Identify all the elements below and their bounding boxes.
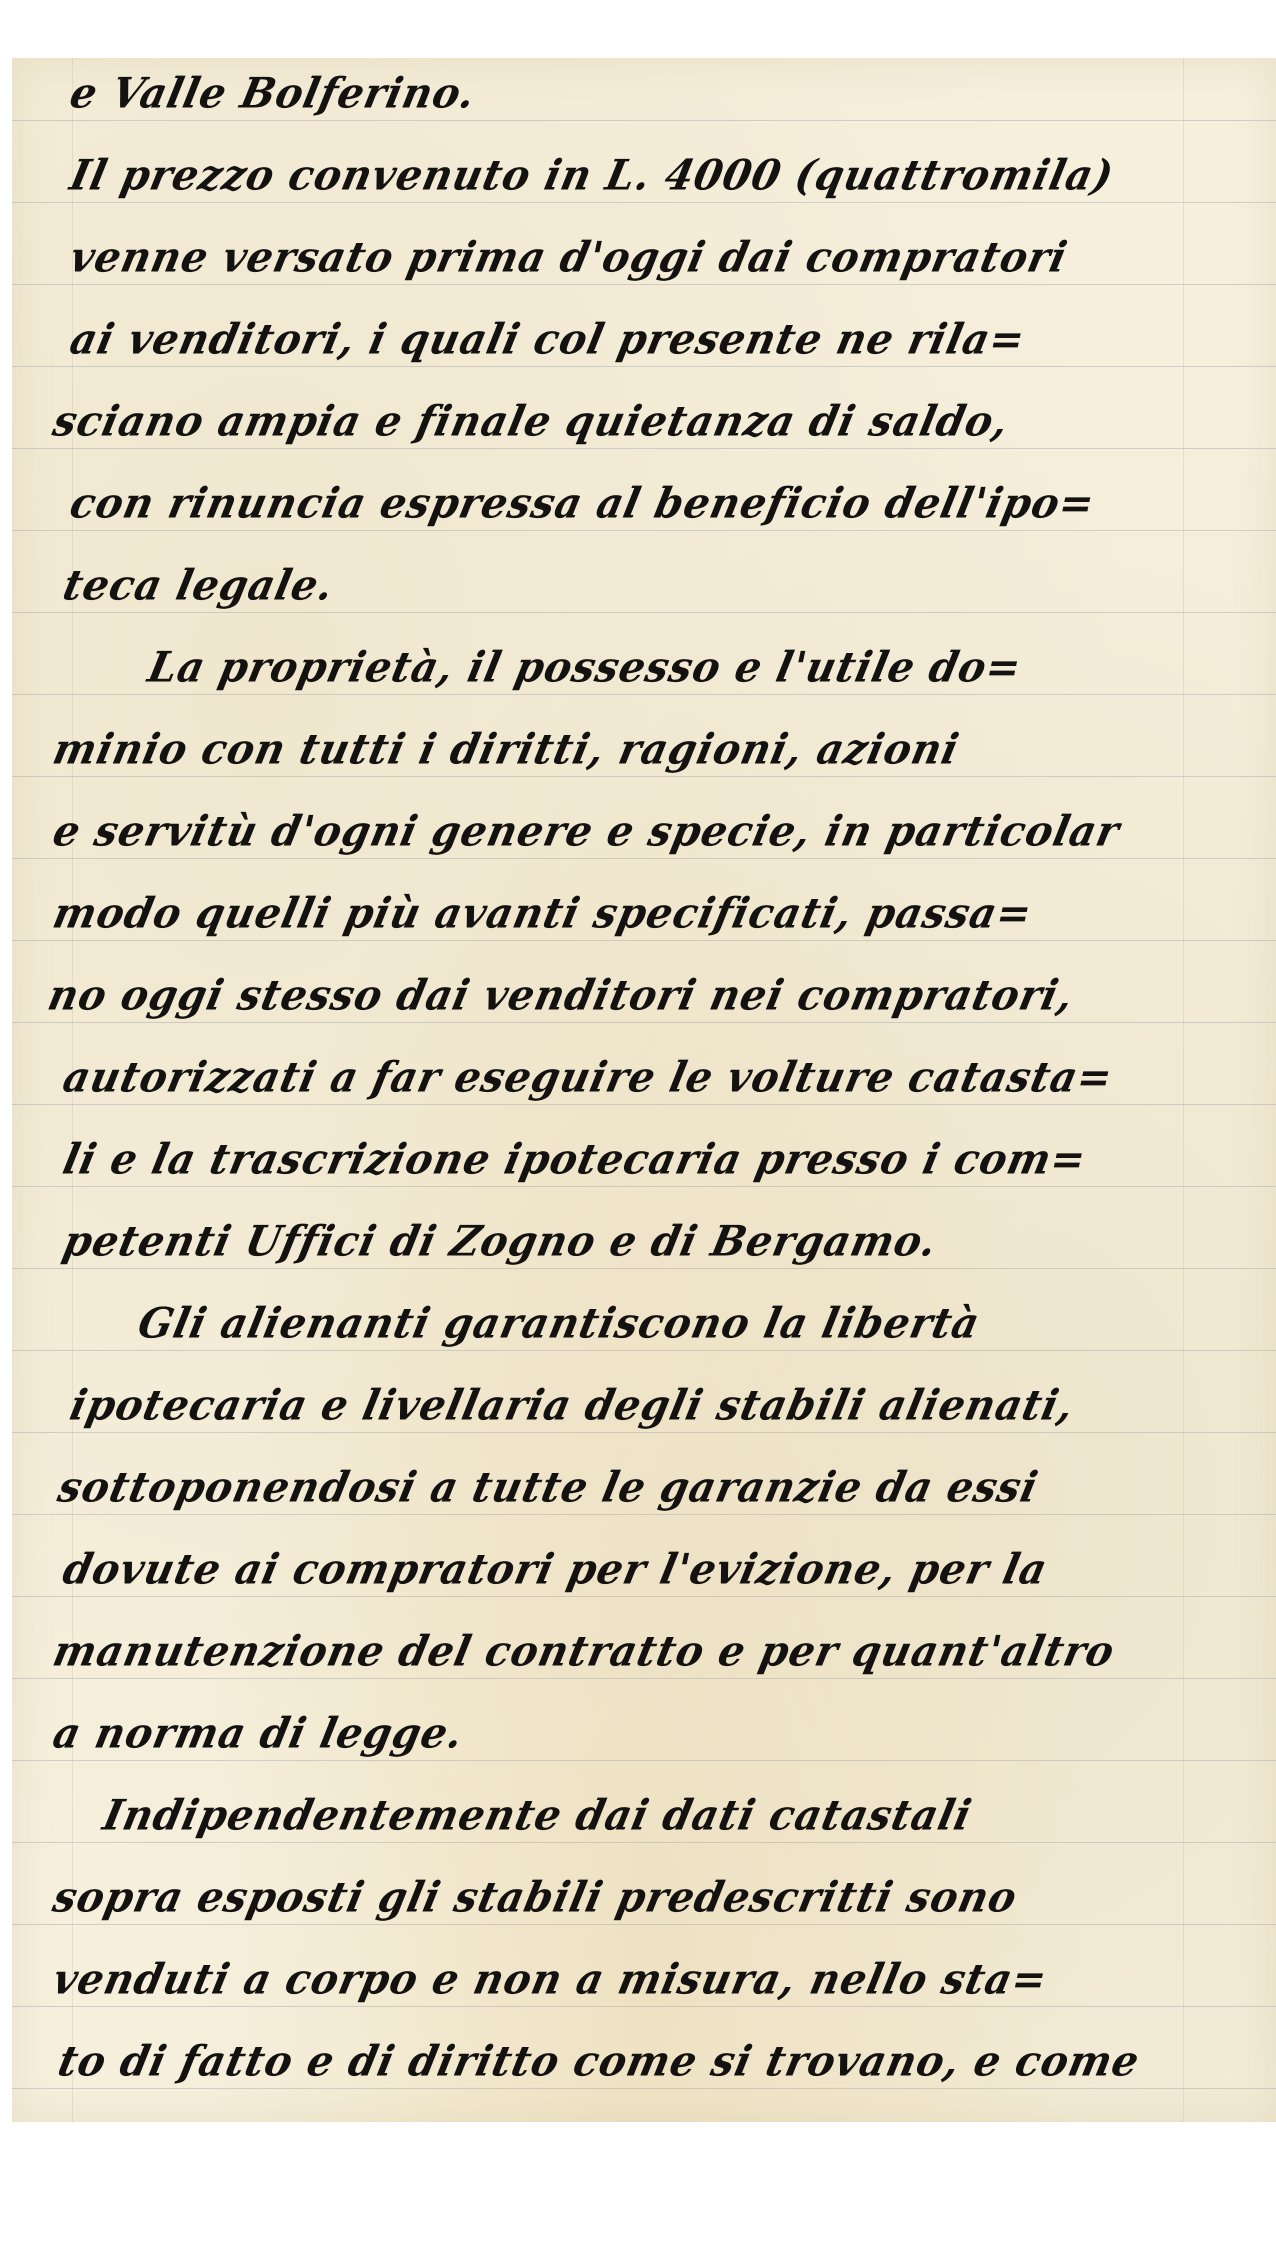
text-line: con rinuncia espressa al beneficio dell'… xyxy=(62,466,1085,546)
text-line: minio con tutti i diritti, ragioni, azio… xyxy=(45,712,949,792)
text-line: li e la trascrizione ipotecaria presso i… xyxy=(55,1122,1077,1202)
text-line: sopra esposti gli stabili predescritti s… xyxy=(45,1860,1008,1940)
line-text: Indipendentemente dai dati catastali xyxy=(95,1774,980,1858)
text-line: autorizzati a far eseguire le volture ca… xyxy=(55,1040,1103,1120)
text-line: teca legale. xyxy=(55,548,324,628)
line-text: e Valle Bolferino. xyxy=(62,52,484,136)
text-line: dovute ai compratori per l'evizione, per… xyxy=(55,1532,1038,1612)
line-text: venne versato prima d'oggi dai comprator… xyxy=(62,216,1075,300)
line-text: petenti Uffici di Zogno e di Bergamo. xyxy=(55,1200,945,1284)
text-line: manutenzione del contratto e per quant'a… xyxy=(45,1614,1105,1694)
text-line: e Valle Bolferino. xyxy=(62,56,466,136)
line-text: e servitù d'ogni genere e specie, in par… xyxy=(45,790,1128,874)
document-page: e Valle Bolferino. Il prezzo convenuto i… xyxy=(12,58,1276,2122)
text-line: sottoponendosi a tutte le garanzie da es… xyxy=(50,1450,1028,1530)
line-text: sopra esposti gli stabili predescritti s… xyxy=(45,1856,1025,1940)
line-text: venduti a corpo e non a misura, nello st… xyxy=(45,1938,1056,2022)
text-line: modo quelli più avanti specificati, pass… xyxy=(45,876,1023,956)
text-line: to di fatto e di diritto come si trovano… xyxy=(50,2024,1130,2104)
paragraph-start-line: La proprietà, il possesso e l'utile do= xyxy=(140,630,1012,710)
line-text: teca legale. xyxy=(55,544,342,628)
text-line: Il prezzo convenuto in L. 4000 (quattrom… xyxy=(62,138,1104,218)
line-text: li e la trascrizione ipotecaria presso i… xyxy=(55,1118,1095,1202)
text-line: a norma di legge. xyxy=(45,1696,454,1776)
line-text: sottoponendosi a tutte le garanzie da es… xyxy=(50,1446,1046,1530)
line-text: con rinuncia espressa al beneficio dell'… xyxy=(62,462,1103,546)
text-line: ipotecaria e livellaria degli stabili al… xyxy=(62,1368,1065,1448)
text-line: no oggi stesso dai venditori nei comprat… xyxy=(40,958,1064,1038)
line-text: ai venditori, i quali col presente ne ri… xyxy=(62,298,1033,382)
line-text: a norma di legge. xyxy=(45,1692,472,1776)
paragraph-start-line: Indipendentemente dai dati catastali xyxy=(95,1778,962,1858)
line-text: modo quelli più avanti specificati, pass… xyxy=(45,872,1040,956)
line-text: no oggi stesso dai venditori nei comprat… xyxy=(40,954,1082,1038)
line-text: to di fatto e di diritto come si trovano… xyxy=(50,2020,1148,2104)
line-text: autorizzati a far eseguire le volture ca… xyxy=(55,1036,1121,1120)
text-line: sciano ampia e finale quietanza di saldo… xyxy=(45,384,999,464)
text-line: venne versato prima d'oggi dai comprator… xyxy=(62,220,1058,300)
right-margin-rule xyxy=(1183,58,1184,2122)
text-line: e servitù d'ogni genere e specie, in par… xyxy=(45,794,1110,874)
line-text: minio con tutti i diritti, ragioni, azio… xyxy=(45,708,967,792)
text-line: petenti Uffici di Zogno e di Bergamo. xyxy=(55,1204,928,1284)
text-line: venduti a corpo e non a misura, nello st… xyxy=(45,1942,1038,2022)
paragraph-start-line: Gli alienanti garantiscono la libertà xyxy=(130,1286,970,1366)
text-line: ai venditori, i quali col presente ne ri… xyxy=(62,302,1016,382)
line-text: Gli alienanti garantiscono la libertà xyxy=(130,1282,988,1366)
line-text: ipotecaria e livellaria degli stabili al… xyxy=(62,1364,1082,1448)
line-text: manutenzione del contratto e per quant'a… xyxy=(45,1610,1123,1694)
line-text: sciano ampia e finale quietanza di saldo… xyxy=(45,380,1017,464)
line-text: dovute ai compratori per l'evizione, per… xyxy=(55,1528,1056,1612)
line-text: La proprietà, il possesso e l'utile do= xyxy=(140,626,1030,710)
line-text: Il prezzo convenuto in L. 4000 (quattrom… xyxy=(62,134,1122,218)
